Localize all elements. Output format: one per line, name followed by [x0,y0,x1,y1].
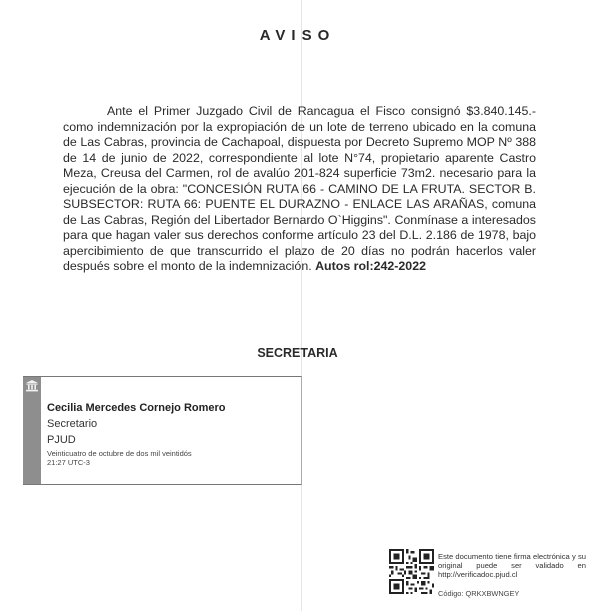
courthouse-icon [25,379,39,392]
signer-organization: PJUD [47,434,76,446]
signature-side-bar [23,377,41,484]
signature-timestamp: Veinticuatro de octubre de dos mil veint… [47,450,192,467]
scan-artifact-line [301,0,302,611]
electronic-signature-box: Cecilia Mercedes Cornejo Romero Secretar… [23,376,302,485]
signature-time: 21:27 UTC-3 [47,459,192,468]
qr-code-icon[interactable] [389,549,434,594]
document-title: AVISO [0,27,595,44]
notice-body-text: Ante el Primer Juzgado Civil de Rancagua… [63,104,536,273]
verification-notice: Este documento tiene firma electrónica y… [438,552,586,579]
notice-body: Ante el Primer Juzgado Civil de Rancagua… [63,104,536,275]
verification-code: Código: QRKXBWNGEY [438,589,519,598]
signer-role: Secretario [47,418,97,430]
signature-heading: SECRETARIA [0,346,595,360]
signer-name: Cecilia Mercedes Cornejo Romero [47,402,226,414]
case-reference: Autos rol:242-2022 [315,259,426,273]
